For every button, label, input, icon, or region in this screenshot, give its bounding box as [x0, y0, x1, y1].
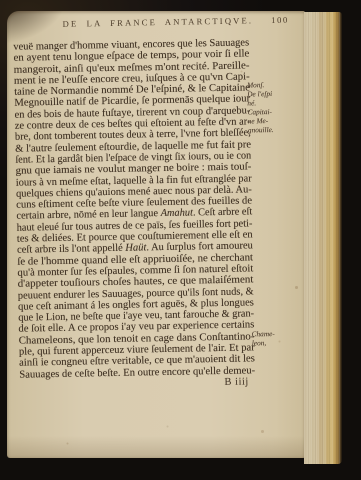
printed-text-area: DE LA FRANCE ANTARCTIQVE. 100 veuë mange… [13, 14, 311, 449]
paper-specks [7, 11, 8, 12]
margin-note: Chame-leon, [252, 329, 304, 348]
page-scan: DE LA FRANCE ANTARCTIQVE. 100 veuë mange… [7, 11, 305, 458]
margin-note-line: leon, [252, 338, 304, 348]
page-number: 100 [271, 15, 289, 25]
book-fore-edge [304, 12, 342, 464]
running-title: DE LA FRANCE ANTARCTIQVE. [62, 15, 253, 31]
margin-note-line: gnouille. [248, 125, 300, 135]
margin-note: Monſ.De l'eſpiné.Capitai-ne Me-gnouille. [247, 81, 300, 135]
body-text: veuë manger d'homme viuant, encores que … [13, 37, 259, 392]
photo-background: { "page": { "header": { "running_title":… [0, 0, 361, 480]
running-head: DE LA FRANCE ANTARCTIQVE. 100 [13, 14, 303, 32]
